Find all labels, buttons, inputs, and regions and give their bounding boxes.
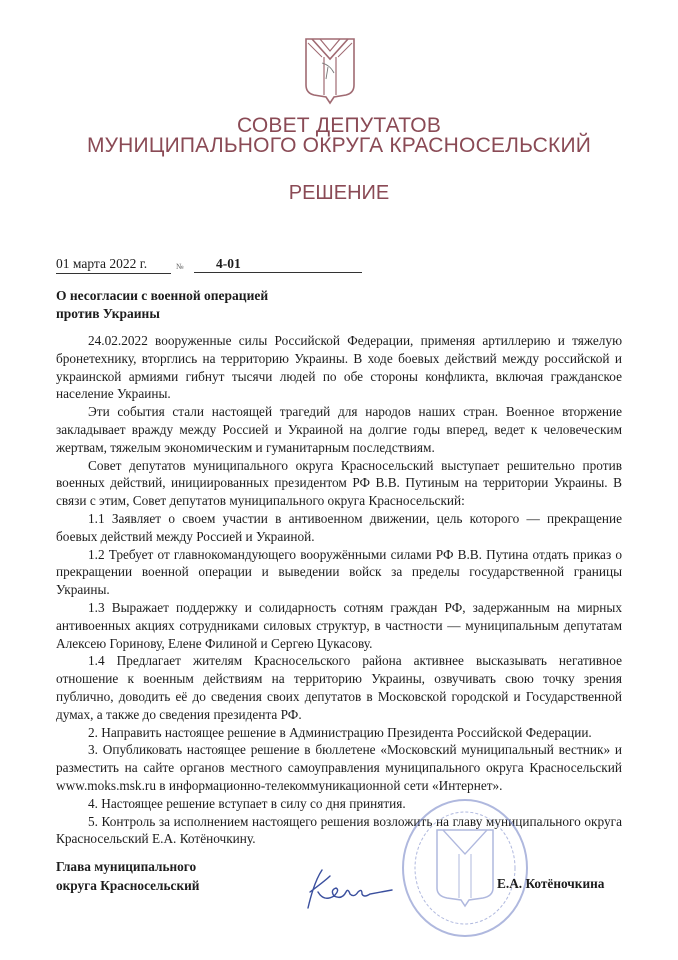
decision-body: 24.02.2022 вооруженные силы Российской Ф…	[56, 332, 622, 848]
subject-line2: против Украины	[56, 305, 268, 323]
clause-1-1: 1.1 Заявляет о своем участии в антивоенн…	[56, 510, 622, 546]
signatory-name: Е.А. Котёночкина	[497, 876, 604, 892]
signatory-title-line2: округа Красносельский	[56, 876, 199, 895]
decision-subject: О несогласии с военной операцией против …	[56, 287, 268, 323]
handwritten-signature-icon	[300, 862, 395, 912]
signatory-title: Глава муниципального округа Красносельск…	[56, 857, 199, 895]
clause-3: 3. Опубликовать настоящее решение в бюлл…	[56, 741, 622, 794]
paragraph-tragedy: Эти события стали настоящей трагедий для…	[56, 403, 622, 456]
official-seal-stamp-icon	[393, 790, 543, 940]
clause-1-2: 1.2 Требует от главнокомандующего вооруж…	[56, 546, 622, 599]
decision-date: 01 марта 2022 г.	[56, 256, 171, 274]
paragraph-position: Совет депутатов муниципального округа Кр…	[56, 457, 622, 510]
signatory-title-line1: Глава муниципального	[56, 857, 199, 876]
decision-number: 4-01	[194, 256, 362, 273]
clause-2: 2. Направить настоящее решение в Админис…	[56, 724, 622, 742]
document-page: СОВЕТ ДЕПУТАТОВ МУНИЦИПАЛЬНОГО ОКРУГА КР…	[0, 0, 678, 960]
clause-1-4: 1.4 Предлагает жителям Красносельского р…	[56, 652, 622, 723]
coat-of-arms-icon	[300, 33, 360, 105]
org-name-line2: МУНИЦИПАЛЬНОГО ОКРУГА КРАСНОСЕЛЬСКИЙ	[0, 134, 678, 158]
paragraph-intro: 24.02.2022 вооруженные силы Российской Ф…	[56, 332, 622, 403]
number-sign: №	[176, 262, 184, 271]
subject-line1: О несогласии с военной операцией	[56, 287, 268, 305]
clause-1-3: 1.3 Выражает поддержку и солидарность со…	[56, 599, 622, 652]
document-type: РЕШЕНИЕ	[0, 182, 678, 205]
